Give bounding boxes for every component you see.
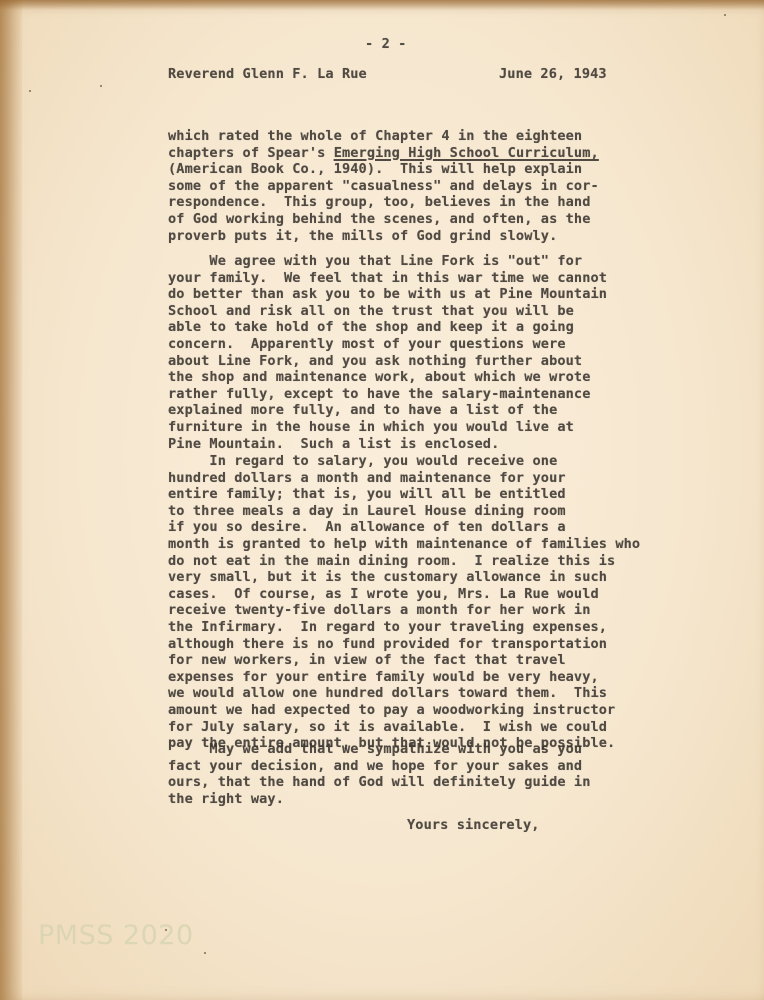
text-line: the right way.	[168, 791, 591, 808]
text-line: able to take hold of the shop and keep i…	[168, 319, 607, 336]
text-line: fact your decision, and we hope for your…	[168, 758, 591, 775]
text-line: amount we had expected to pay a woodwork…	[168, 702, 640, 719]
text-line: rather fully, except to have the salary-…	[168, 386, 607, 403]
paragraph-1: which rated the whole of Chapter 4 in th…	[168, 128, 599, 244]
text-line: cases. Of course, as I wrote you, Mrs. L…	[168, 586, 640, 603]
text-line: to three meals a day in Laurel House din…	[168, 503, 640, 520]
text-line: We agree with you that Line Fork is "out…	[168, 253, 607, 270]
text-line: for July salary, so it is available. I w…	[168, 719, 640, 736]
text-line: proverb puts it, the mills of God grind …	[168, 228, 599, 245]
text-line: do not eat in the main dining room. I re…	[168, 553, 640, 570]
letter-page: - 2 - Reverend Glenn F. La Rue June 26, …	[0, 0, 764, 1000]
text-line: of God working behind the scenes, and of…	[168, 211, 599, 228]
paper-speck	[204, 952, 206, 954]
text-line: concern. Apparently most of your questio…	[168, 336, 607, 353]
paragraph-2: We agree with you that Line Fork is "out…	[168, 253, 607, 452]
text-line: respondence. This group, too, believes i…	[168, 194, 599, 211]
text-line: receive twenty-five dollars a month for …	[168, 602, 640, 619]
text-line: some of the apparent "casualness" and de…	[168, 178, 599, 195]
text-line: although there is no fund provided for t…	[168, 636, 640, 653]
paragraph-3: In regard to salary, you would receive o…	[168, 453, 640, 752]
text-line: furniture in the house in which you woul…	[168, 419, 607, 436]
text-line: In regard to salary, you would receive o…	[168, 453, 640, 470]
page-number: - 2 -	[365, 36, 406, 52]
text-line: for new workers, in view of the fact tha…	[168, 652, 640, 669]
text-line: (American Book Co., 1940). This will hel…	[168, 161, 599, 178]
book-title: Emerging High School Curriculum,	[334, 145, 599, 161]
text-line: if you so desire. An allowance of ten do…	[168, 519, 640, 536]
paper-speck	[165, 929, 167, 931]
paper-speck	[724, 14, 726, 16]
text-fragment: chapters of Spear's	[168, 145, 334, 161]
text-line: entire family; that is, you will all be …	[168, 486, 640, 503]
text-line: expenses for your entire family would be…	[168, 669, 640, 686]
text-line: ours, that the hand of God will definite…	[168, 774, 591, 791]
watermark: PMSS 2020	[38, 920, 194, 951]
closing-salutation: Yours sincerely,	[407, 817, 540, 833]
text-line: which rated the whole of Chapter 4 in th…	[168, 128, 599, 145]
paper-speck	[100, 85, 102, 87]
letter-date: June 26, 1943	[499, 66, 607, 82]
paper-speck	[29, 90, 31, 92]
text-line: the shop and maintenance work, about whi…	[168, 369, 607, 386]
recipient-name: Reverend Glenn F. La Rue	[168, 66, 367, 82]
text-line: your family. We feel that in this war ti…	[168, 270, 607, 287]
text-line: hundred dollars a month and maintenance …	[168, 470, 640, 487]
text-line: month is granted to help with maintenanc…	[168, 536, 640, 553]
text-line: Pine Mountain. Such a list is enclosed.	[168, 436, 607, 453]
text-line: the Infirmary. In regard to your traveli…	[168, 619, 640, 636]
text-line: we would allow one hundred dollars towar…	[168, 685, 640, 702]
text-line: about Line Fork, and you ask nothing fur…	[168, 353, 607, 370]
text-line: very small, but it is the customary allo…	[168, 569, 640, 586]
text-line: School and risk all on the trust that yo…	[168, 303, 607, 320]
text-line: chapters of Spear's Emerging High School…	[168, 145, 599, 162]
text-line: explained more fully, and to have a list…	[168, 402, 607, 419]
text-line: May we add that we sympathize with you a…	[168, 741, 591, 758]
paragraph-4: May we add that we sympathize with you a…	[168, 741, 591, 807]
text-line: do better than ask you to be with us at …	[168, 286, 607, 303]
